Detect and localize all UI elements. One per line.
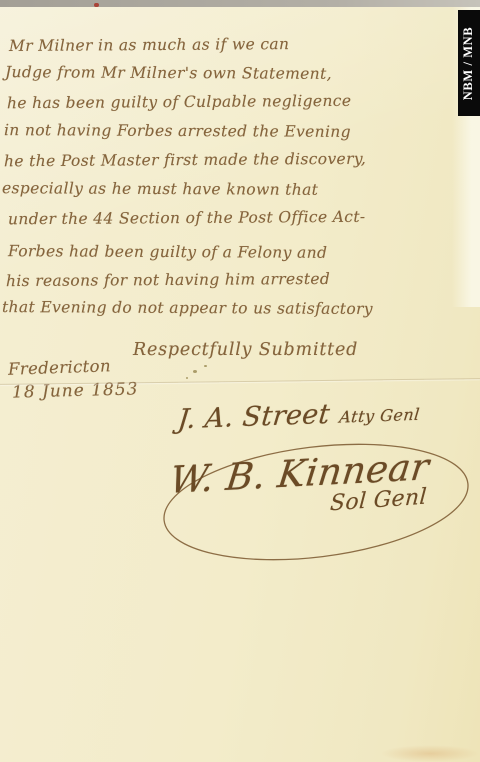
manuscript-line: under the 44 Section of the Post Office … bbox=[8, 208, 366, 228]
paper-stain bbox=[380, 745, 480, 762]
manuscript-line: he the Post Master first made the discov… bbox=[4, 150, 366, 171]
archive-label-text: NBM / MNB bbox=[462, 26, 477, 99]
manuscript-line: Forbes had been guilty of a Felony and bbox=[8, 242, 327, 262]
ink-speck bbox=[204, 365, 207, 367]
document-scan: NBM / MNB Mr Milner in as much as if we … bbox=[0, 0, 480, 762]
manuscript-line: his reasons for not having him arrested bbox=[6, 270, 330, 290]
signature-street-title: Atty Genl bbox=[338, 405, 420, 427]
photo-edge-top bbox=[0, 0, 480, 7]
manuscript-line: that Evening do not appear to us satisfa… bbox=[2, 298, 373, 318]
ink-speck bbox=[193, 370, 197, 373]
closing-line: Respectfully Submitted bbox=[133, 340, 358, 360]
manuscript-line: Judge from Mr Milner's own Statement, bbox=[5, 63, 332, 83]
manuscript-line: especially as he must have known that bbox=[2, 179, 318, 199]
ink-speck bbox=[186, 377, 188, 379]
red-mark-artifact bbox=[94, 3, 99, 7]
signature-street: J. A. StreetAtty Genl bbox=[176, 396, 421, 436]
manuscript-line: Mr Milner in as much as if we can bbox=[9, 35, 289, 55]
archive-label: NBM / MNB bbox=[458, 10, 480, 116]
place-line: Fredericton bbox=[8, 356, 111, 379]
manuscript-line: he has been guilty of Culpable negligenc… bbox=[7, 92, 351, 112]
manuscript-line: in not having Forbes arrested the Evenin… bbox=[4, 121, 351, 141]
signature-street-name: J. A. Street bbox=[176, 399, 331, 435]
